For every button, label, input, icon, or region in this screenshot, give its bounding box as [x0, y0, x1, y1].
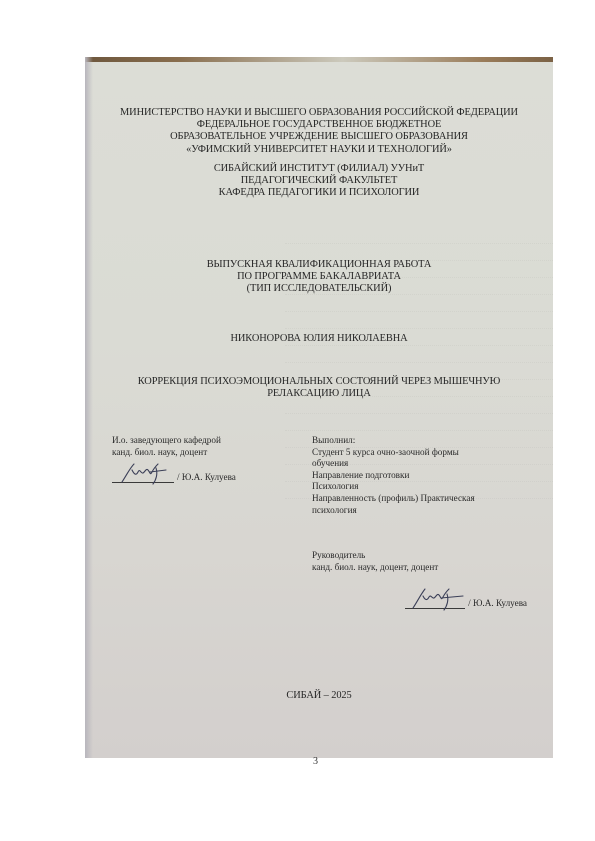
work-type-block: ВЫПУСКНАЯ КВАЛИФИКАЦИОННАЯ РАБОТА ПО ПРО… [85, 259, 553, 296]
supervisor-signature-row: / Ю.А. Кулуева [312, 589, 527, 609]
signature-icon [116, 460, 174, 486]
supervisor-label: Руководитель [312, 550, 527, 562]
header-line: ОБРАЗОВАТЕЛЬНОЕ УЧРЕЖДЕНИЕ ВЫСШЕГО ОБРАЗ… [85, 131, 553, 143]
signature-icon [409, 586, 465, 612]
profile-value: психология [312, 505, 527, 517]
work-type-line: ПО ПРОГРАММЕ БАКАЛАВРИАТА [85, 271, 553, 283]
student-info: Студент 5 курса очно-заочной формы [312, 447, 527, 459]
city-year: СИБАЙ – 2025 [85, 690, 553, 702]
direction-value: Психология [312, 481, 527, 493]
supervisor-degree: канд. биол. наук, доцент, доцент [312, 562, 527, 574]
approval-degree: канд. биол. наук, доцент [112, 447, 312, 459]
institute-line: СИБАЙСКИЙ ИНСТИТУТ (ФИЛИАЛ) УУНиТ [85, 163, 553, 175]
direction-label: Направление подготовки [312, 470, 527, 482]
department-line: КАФЕДРА ПЕДАГОГИКИ И ПСИХОЛОГИИ [85, 187, 553, 199]
faculty-line: ПЕДАГОГИЧЕСКИЙ ФАКУЛЬТЕТ [85, 175, 553, 187]
approval-position: И.о. заведующего кафедрой [112, 435, 312, 447]
approval-signature-row: / Ю.А. Кулуева [112, 463, 312, 483]
header-line: МИНИСТЕРСТВО НАУКИ И ВЫСШЕГО ОБРАЗОВАНИЯ… [85, 107, 553, 119]
title-line: КОРРЕКЦИЯ ПСИХОЭМОЦИОНАЛЬНЫХ СОСТОЯНИЙ Ч… [85, 376, 553, 388]
approval-block: И.о. заведующего кафедрой канд. биол. на… [112, 435, 312, 483]
work-type-line: ВЫПУСКНАЯ КВАЛИФИКАЦИОННАЯ РАБОТА [85, 259, 553, 271]
page-number: 3 [313, 756, 318, 767]
header-line: ФЕДЕРАЛЬНОЕ ГОСУДАРСТВЕННОЕ БЮДЖЕТНОЕ [85, 119, 553, 131]
author-name: НИКОНОРОВА ЮЛИЯ НИКОЛАЕВНА [85, 333, 553, 345]
supervisor-signature-name: / Ю.А. Кулуева [468, 598, 527, 610]
profile-label: Направленность (профиль) Практическая [312, 493, 527, 505]
title-line: РЕЛАКСАЦИЮ ЛИЦА [85, 388, 553, 400]
signature-line [405, 590, 465, 609]
performed-by-block: Выполнил: Студент 5 курса очно-заочной ф… [312, 435, 527, 516]
approval-signature-name: / Ю.А. Кулуева [177, 472, 236, 484]
header-line: «УФИМСКИЙ УНИВЕРСИТЕТ НАУКИ И ТЕХНОЛОГИЙ… [85, 144, 553, 156]
student-info-cont: обучения [312, 458, 527, 470]
supervisor-block: Руководитель канд. биол. наук, доцент, д… [312, 550, 527, 609]
ministry-header: МИНИСТЕРСТВО НАУКИ И ВЫСШЕГО ОБРАЗОВАНИЯ… [85, 107, 553, 156]
performed-by-label: Выполнил: [312, 435, 527, 447]
thesis-title: КОРРЕКЦИЯ ПСИХОЭМОЦИОНАЛЬНЫХ СОСТОЯНИЙ Ч… [85, 376, 553, 400]
signature-line [112, 464, 174, 483]
document-photo: МИНИСТЕРСТВО НАУКИ И ВЫСШЕГО ОБРАЗОВАНИЯ… [85, 57, 553, 758]
institute-block: СИБАЙСКИЙ ИНСТИТУТ (ФИЛИАЛ) УУНиТ ПЕДАГО… [85, 163, 553, 200]
work-type-line: (ТИП ИССЛЕДОВАТЕЛЬСКИЙ) [85, 283, 553, 295]
